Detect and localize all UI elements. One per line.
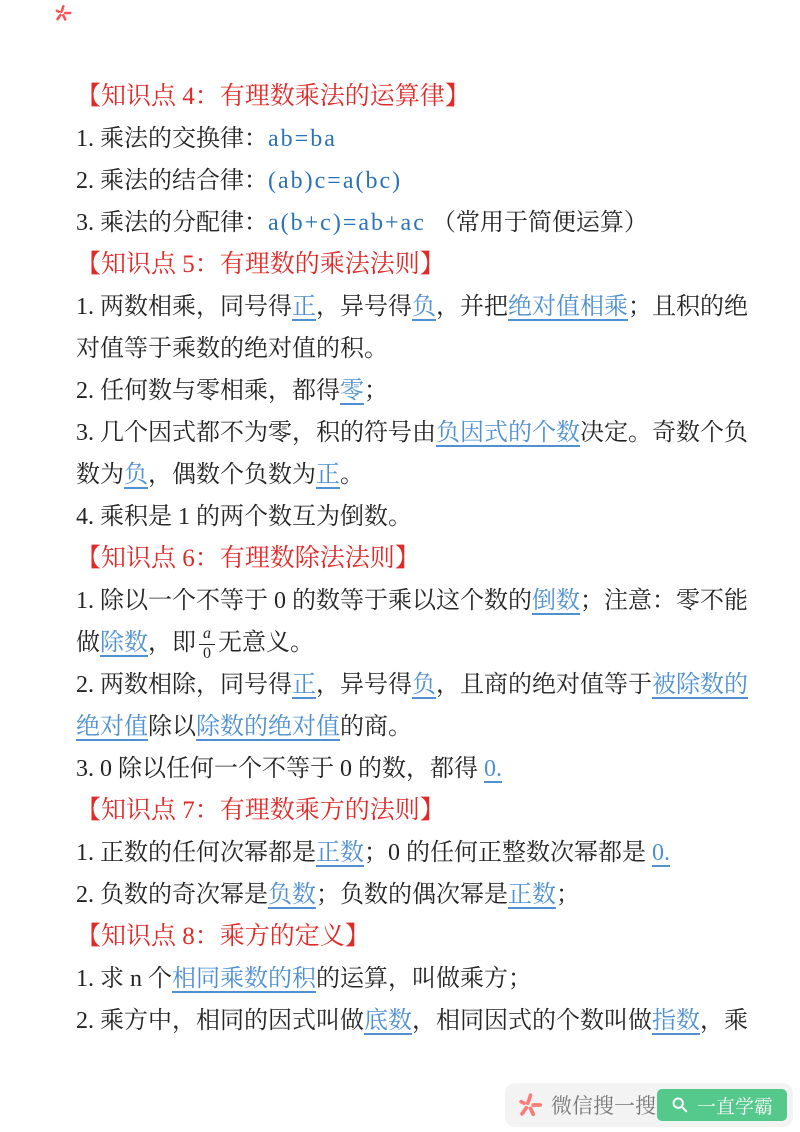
fraction: a0	[199, 626, 215, 663]
text-run: 数为	[76, 462, 124, 488]
section-heading: 【知识点 6：有理数除法法则】	[76, 538, 756, 580]
text-run: ，相同因式的个数叫做	[412, 1008, 652, 1034]
key-term-run: 倒数	[532, 588, 580, 614]
key-term-run: 绝对值	[76, 714, 148, 740]
formula-run: (ab)c=a(bc)	[268, 168, 402, 194]
text-line: 1. 除以一个不等于 0 的数等于乘以这个数的倒数；注意：零不能	[76, 580, 756, 622]
key-term-run: 负数	[268, 882, 316, 908]
key-term-run: 正	[316, 462, 340, 488]
text-line: 4. 乘积是 1 的两个数互为倒数。	[76, 496, 756, 538]
text-run: ，即	[148, 630, 196, 656]
text-run: 3. 0 除以任何一个不等于 0 的数，都得	[76, 756, 484, 782]
key-term-run: 负	[124, 462, 148, 488]
heading-run: 【知识点 7：有理数乘方的法则】	[76, 797, 445, 824]
text-line: 2. 两数相除，同号得正，异号得负，且商的绝对值等于被除数的	[76, 664, 756, 706]
text-run: 1. 除以一个不等于 0 的数等于乘以这个数的	[76, 588, 532, 614]
text-run: 。	[340, 462, 364, 488]
text-line: 2. 负数的奇次幂是负数；负数的偶次幂是正数；	[76, 874, 756, 916]
key-term-run: 0.	[652, 840, 670, 866]
key-term-run: 正数	[508, 882, 556, 908]
formula-run: a(b+c)=ab+ac	[268, 210, 426, 236]
key-term-run: 底数	[364, 1008, 412, 1034]
text-run: ；	[364, 378, 388, 404]
wechat-search-label: 微信搜一搜	[551, 1090, 656, 1120]
text-run: 2. 两数相除，同号得	[76, 672, 292, 698]
text-run: 1. 两数相乘，同号得	[76, 294, 292, 320]
search-account-label: 一直学霸	[697, 1092, 773, 1119]
text-line: 3. 乘法的分配律：a(b+c)=ab+ac （常用于简便运算）	[76, 202, 756, 244]
key-term-run: 零	[340, 378, 364, 404]
text-run: ；注意：零不能	[580, 588, 748, 614]
text-run: 1. 正数的任何次幂都是	[76, 840, 316, 866]
text-run: 对值等于乘数的绝对值的积。	[76, 336, 388, 362]
document-body: 【知识点 4：有理数乘法的运算律】1. 乘法的交换律：ab=ba2. 乘法的结合…	[76, 76, 756, 1042]
heading-run: 【知识点 6：有理数除法法则】	[76, 545, 420, 572]
text-line: 3. 几个因式都不为零，积的符号由负因式的个数决定。奇数个负	[76, 412, 756, 454]
key-term-run: 除数	[100, 630, 148, 656]
key-term-run: 负因式的个数	[436, 420, 580, 446]
key-term-run: 除数的绝对值	[196, 714, 340, 740]
text-run: ；	[556, 882, 580, 908]
key-term-run: 0.	[484, 756, 502, 782]
text-run: 4. 乘积是 1 的两个数互为倒数。	[76, 504, 412, 530]
text-run: 2. 任何数与零相乘，都得	[76, 378, 340, 404]
text-run: 的商。	[340, 714, 412, 740]
text-line: 1. 求 n 个相同乘数的积的运算，叫做乘方；	[76, 958, 756, 1000]
text-line: 1. 乘法的交换律：ab=ba	[76, 118, 756, 160]
key-term-run: 绝对值相乘	[508, 294, 628, 320]
text-run: 3. 乘法的分配律：	[76, 210, 268, 236]
text-line: 绝对值除以除数的绝对值的商。	[76, 706, 756, 748]
text-line: 数为负，偶数个负数为正。	[76, 454, 756, 496]
text-run: 3. 几个因式都不为零，积的符号由	[76, 420, 436, 446]
search-account-button[interactable]: 一直学霸	[657, 1089, 787, 1121]
text-run: 2. 负数的奇次幂是	[76, 882, 268, 908]
heading-run: 【知识点 4：有理数乘法的运算律】	[76, 83, 470, 110]
key-term-run: 正	[292, 672, 316, 698]
text-run: 做	[76, 630, 100, 656]
text-run: 2. 乘法的结合律：	[76, 168, 268, 194]
key-term-run: 正数	[316, 840, 364, 866]
key-term-run: 相同乘数的积	[172, 966, 316, 992]
text-run: ，异号得	[316, 672, 412, 698]
key-term-run: 被除数的	[652, 672, 748, 698]
text-run: 无意义。	[218, 630, 314, 656]
heading-run: 【知识点 5：有理数的乘法法则】	[76, 251, 445, 278]
section-heading: 【知识点 8：乘方的定义】	[76, 916, 756, 958]
key-term-run: 负	[412, 294, 436, 320]
wechat-sparkle-watermark-icon	[54, 4, 72, 22]
text-run: ；且积的绝	[628, 294, 748, 320]
text-run: 决定。奇数个负	[580, 420, 748, 446]
text-run: ，并把	[436, 294, 508, 320]
text-run: （常用于简便运算）	[426, 210, 648, 236]
text-line: 3. 0 除以任何一个不等于 0 的数，都得 0.	[76, 748, 756, 790]
text-run: ；负数的偶次幂是	[316, 882, 508, 908]
text-run: 2. 乘方中，相同的因式叫做	[76, 1008, 364, 1034]
text-line: 2. 任何数与零相乘，都得零；	[76, 370, 756, 412]
heading-run: 【知识点 8：乘方的定义】	[76, 923, 370, 950]
text-run: 的运算，叫做乘方；	[316, 966, 532, 992]
text-run: 1. 求 n 个	[76, 966, 172, 992]
text-line: 2. 乘法的结合律：(ab)c=a(bc)	[76, 160, 756, 202]
text-line: 1. 两数相乘，同号得正，异号得负，并把绝对值相乘；且积的绝	[76, 286, 756, 328]
text-line: 1. 正数的任何次幂都是正数；0 的任何正整数次幂都是 0.	[76, 832, 756, 874]
text-line: 2. 乘方中，相同的因式叫做底数，相同因式的个数叫做指数，乘	[76, 1000, 756, 1042]
magnifier-icon	[671, 1096, 689, 1114]
text-run: 除以	[148, 714, 196, 740]
section-heading: 【知识点 4：有理数乘法的运算律】	[76, 76, 756, 118]
key-term-run: 指数	[652, 1008, 700, 1034]
key-term-run: 负	[412, 672, 436, 698]
key-term-run: 正	[292, 294, 316, 320]
wechat-sparkle-icon	[517, 1092, 543, 1118]
wechat-search-bar: 微信搜一搜 一直学霸	[505, 1083, 793, 1127]
text-run: 1. 乘法的交换律：	[76, 126, 268, 152]
section-heading: 【知识点 7：有理数乘方的法则】	[76, 790, 756, 832]
text-run: ，异号得	[316, 294, 412, 320]
text-run: ，且商的绝对值等于	[436, 672, 652, 698]
text-run: ；0 的任何正整数次幂都是	[364, 840, 652, 866]
text-run: ，偶数个负数为	[148, 462, 316, 488]
text-line: 做除数，即a0无意义。	[76, 622, 756, 664]
formula-run: ab=ba	[268, 126, 337, 152]
section-heading: 【知识点 5：有理数的乘法法则】	[76, 244, 756, 286]
text-run: ，乘	[700, 1008, 748, 1034]
text-line: 对值等于乘数的绝对值的积。	[76, 328, 756, 370]
